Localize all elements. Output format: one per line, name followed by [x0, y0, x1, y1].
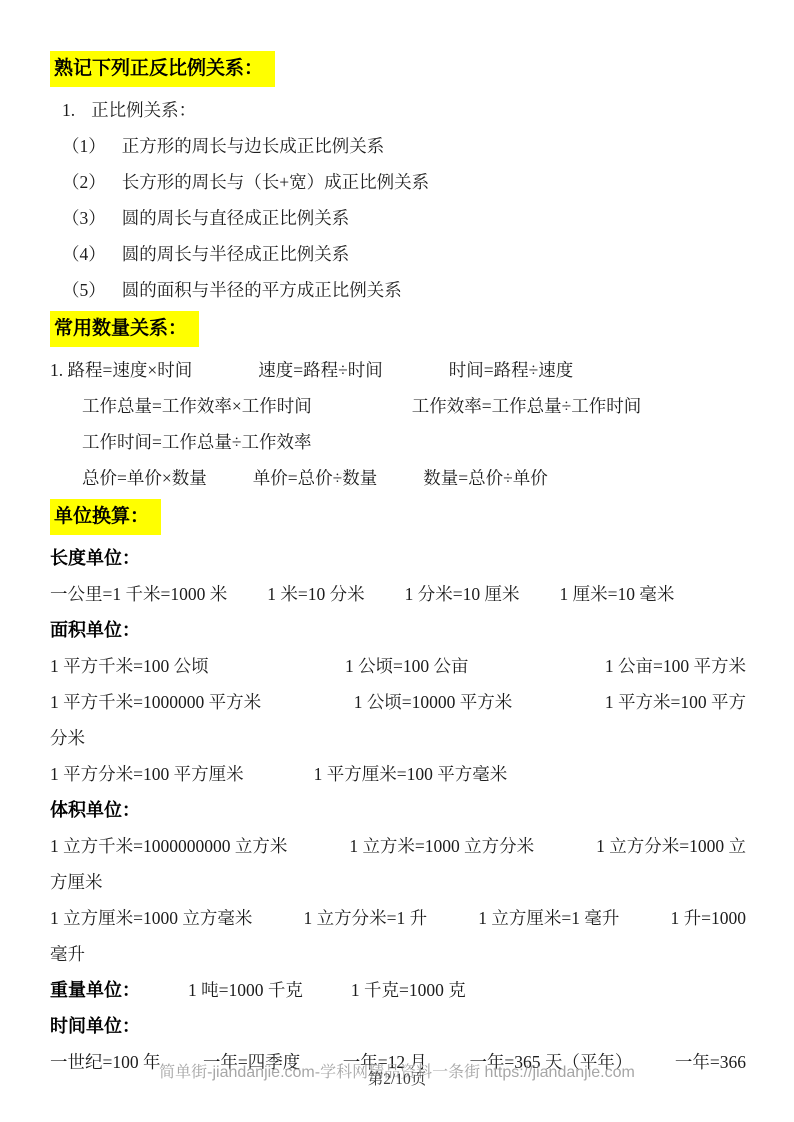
item-number: （5） [62, 272, 106, 308]
formula: 工作效率=工作总量÷工作时间 [412, 388, 641, 424]
formula: 总价=单价×数量 [82, 460, 207, 496]
highlight-heading-quantity-relations: 常用数量关系： [50, 311, 199, 347]
unit-line-area-1: 1 平方千米=100 公顷 1 公顷=100 公亩 1 公亩=100 平方米 [50, 648, 746, 684]
conversion: 1 立方千米=1000000000 立方米 [50, 828, 287, 864]
formula: 数量=总价÷单价 [423, 460, 547, 496]
heading-row: 单位换算： [50, 499, 746, 535]
conversion: 1 升=1000 [671, 900, 747, 936]
document-page: 熟记下列正反比例关系： 1. 正比例关系： （1） 正方形的周长与边长成正比例关… [0, 0, 794, 1122]
conversion: 1 吨=1000 千克 [188, 972, 303, 1008]
heading-row: 常用数量关系： [50, 311, 746, 347]
formula: 工作时间=工作总量÷工作效率 [82, 432, 311, 452]
item-number: （2） [62, 164, 106, 200]
unit-section-title-volume: 体积单位： [50, 792, 746, 828]
wrap-line: 毫升 [50, 936, 746, 972]
unit-section-title-time: 时间单位： [50, 1008, 746, 1044]
conversion: 1 立方分米=1 升 [304, 900, 428, 936]
conversion: 1 立方分米=1000 立 [596, 828, 746, 864]
formula-line-distance: 1. 路程=速度×时间 速度=路程÷时间 时间=路程÷速度 [50, 352, 746, 388]
item-text: 圆的周长与直径成正比例关系 [122, 200, 350, 236]
list-number: 1. [62, 92, 75, 128]
proportion-item: （4） 圆的周长与半径成正比例关系 [50, 236, 746, 272]
unit-line-area-2: 1 平方千米=1000000 平方米 1 公顷=10000 平方米 1 平方米=… [50, 684, 746, 720]
conversion: 1 立方厘米=1 毫升 [478, 900, 619, 936]
unit-section-title-area: 面积单位： [50, 612, 746, 648]
item-text: 圆的面积与半径的平方成正比例关系 [122, 272, 402, 308]
conversion: 1 厘米=10 毫米 [560, 576, 675, 612]
item-text: 圆的周长与半径成正比例关系 [122, 236, 350, 272]
page-footer: 简单街-jiandanjie.com-学科网精品资料一条街 https://ji… [0, 1061, 794, 1101]
proportion-item: （5） 圆的面积与半径的平方成正比例关系 [50, 272, 746, 308]
conversion: 1 立方米=1000 立方分米 [349, 828, 534, 864]
formula: 单价=总价÷数量 [253, 460, 377, 496]
conversion: 一公里=1 千米=1000 米 [50, 576, 227, 612]
conversion: 1 立方厘米=1000 立方毫米 [50, 900, 252, 936]
wrap-line: 方厘米 [50, 864, 746, 900]
unit-line-area-3: 1 平方分米=100 平方厘米 1 平方厘米=100 平方毫米 [50, 756, 746, 792]
formula: 工作总量=工作效率×工作时间 [82, 388, 312, 424]
unit-line-volume-2: 1 立方厘米=1000 立方毫米 1 立方分米=1 升 1 立方厘米=1 毫升 … [50, 900, 746, 936]
conversion: 1 平方米=100 平方 [605, 684, 746, 720]
formula-line-price: 总价=单价×数量 单价=总价÷数量 数量=总价÷单价 [50, 460, 746, 496]
formula: 时间=路程÷速度 [449, 352, 573, 388]
page-number: 第2/10页 [368, 1067, 427, 1089]
proportion-item: （1） 正方形的周长与边长成正比例关系 [50, 128, 746, 164]
proportion-intro-text: 正比例关系： [91, 92, 196, 128]
conversion: 1 米=10 分米 [267, 576, 364, 612]
formula-line-work: 工作总量=工作效率×工作时间 工作效率=工作总量÷工作时间 [50, 388, 746, 424]
unit-section-title-weight: 重量单位： [50, 972, 140, 1008]
unit-line-length: 一公里=1 千米=1000 米 1 米=10 分米 1 分米=10 厘米 1 厘… [50, 576, 746, 612]
conversion: 1 公亩=100 平方米 [605, 648, 746, 684]
heading-row: 熟记下列正反比例关系： [50, 51, 746, 87]
item-text: 长方形的周长与（长+宽）成正比例关系 [122, 164, 429, 200]
unit-line-weight: 重量单位： 1 吨=1000 千克 1 千克=1000 克 [50, 972, 746, 1008]
item-number: （3） [62, 200, 106, 236]
proportion-item: （2） 长方形的周长与（长+宽）成正比例关系 [50, 164, 746, 200]
item-number: （1） [62, 128, 106, 164]
item-text: 正方形的周长与边长成正比例关系 [122, 128, 385, 164]
wrap-line: 分米 [50, 720, 746, 756]
formula: 1. 路程=速度×时间 [50, 352, 192, 388]
unit-section-title-length: 长度单位： [50, 540, 746, 576]
conversion: 1 分米=10 厘米 [405, 576, 520, 612]
conversion: 1 平方千米=1000000 平方米 [50, 684, 261, 720]
proportion-item: （3） 圆的周长与直径成正比例关系 [50, 200, 746, 236]
conversion: 1 公顷=100 公亩 [345, 648, 469, 684]
item-number: （4） [62, 236, 106, 272]
conversion: 1 千克=1000 克 [351, 972, 466, 1008]
conversion: 1 公顷=10000 平方米 [354, 684, 513, 720]
conversion: 1 平方厘米=100 平方毫米 [314, 756, 508, 792]
formula: 速度=路程÷时间 [258, 352, 382, 388]
highlight-heading-proportions: 熟记下列正反比例关系： [50, 51, 275, 87]
formula-line-work-time: 工作时间=工作总量÷工作效率 [50, 424, 746, 460]
highlight-heading-unit-conversion: 单位换算： [50, 499, 161, 535]
unit-line-volume-1: 1 立方千米=1000000000 立方米 1 立方米=1000 立方分米 1 … [50, 828, 746, 864]
conversion: 1 平方分米=100 平方厘米 [50, 756, 244, 792]
conversion: 1 平方千米=100 公顷 [50, 648, 209, 684]
proportion-intro: 1. 正比例关系： [50, 92, 746, 128]
